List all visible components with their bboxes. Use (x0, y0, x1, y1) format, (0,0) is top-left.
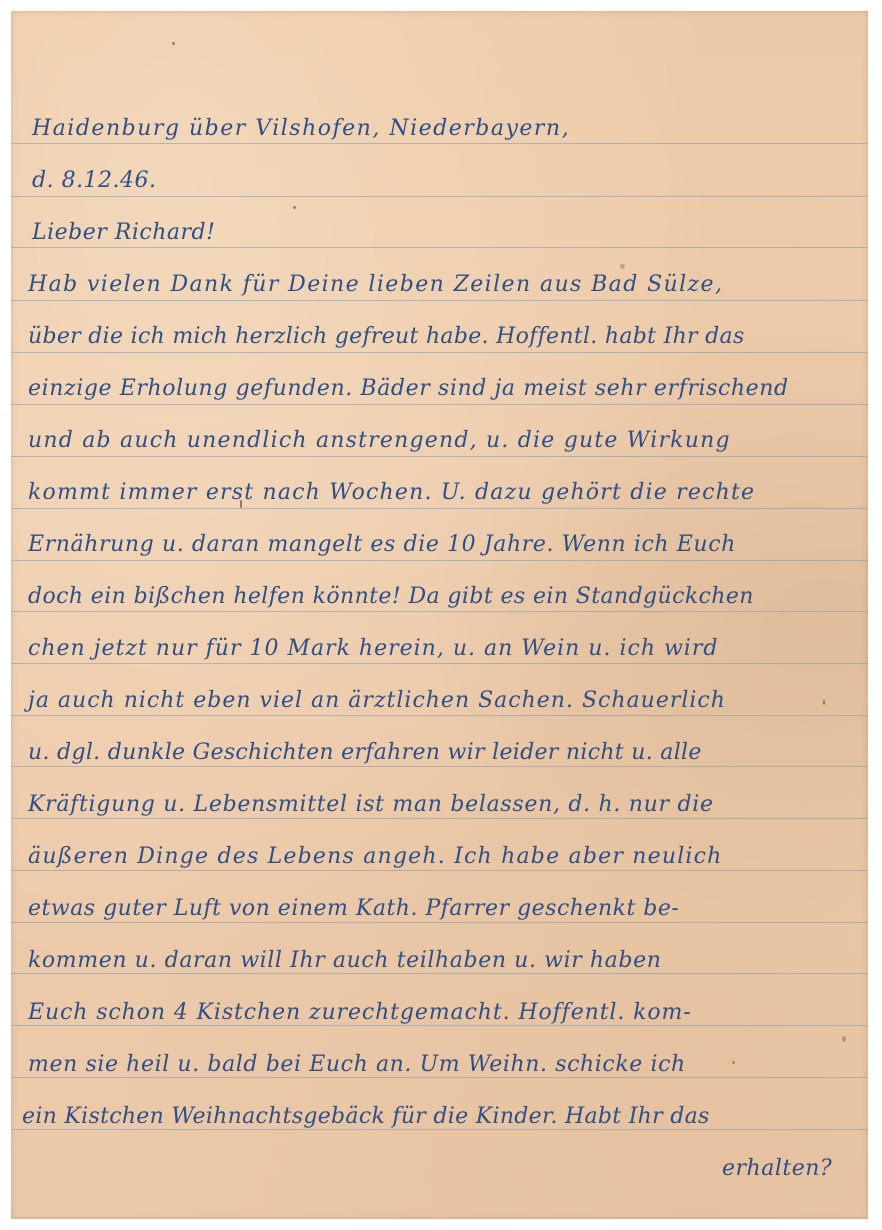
body-line: u. dgl. dunkle Geschichten erfahren wir … (28, 742, 702, 764)
ruled-line (11, 922, 868, 923)
letter-place: Haidenburg über Vilshofen, Niederbayern, (32, 118, 570, 140)
ruled-line (11, 560, 868, 561)
letter-salutation: Lieber Richard! (32, 222, 215, 244)
body-line: einzige Erholung gefunden. Bäder sind ja… (28, 378, 789, 400)
body-line: Kräftigung u. Lebensmittel ist man belas… (28, 794, 714, 816)
ruled-line (11, 247, 868, 248)
paper-speck (293, 206, 296, 209)
body-line: etwas guter Luft von einem Kath. Pfarrer… (28, 898, 679, 920)
ruled-line (11, 300, 868, 301)
ruled-line (11, 973, 868, 974)
ruled-line (11, 508, 868, 509)
body-line: Hab vielen Dank für Deine lieben Zeilen … (28, 274, 723, 296)
ruled-line (11, 715, 868, 716)
body-line: chen jetzt nur für 10 Mark herein, u. an… (28, 638, 718, 660)
body-line: und ab auch unendlich anstrengend, u. di… (28, 430, 731, 452)
body-line: Euch schon 4 Kistchen zurechtgemacht. Ho… (28, 1002, 692, 1024)
body-line: ja auch nicht eben viel an ärztlichen Sa… (28, 690, 726, 712)
paper-speck (172, 42, 175, 45)
body-line: doch ein bißchen helfen könnte! Da gibt … (28, 586, 754, 608)
ruled-line (11, 1129, 868, 1130)
body-line: Ernährung u. daran mangelt es die 10 Jah… (28, 534, 736, 556)
closing-fragment: erhalten? (722, 1158, 832, 1180)
body-line: kommen u. daran will Ihr auch teilhaben … (28, 950, 661, 972)
ruled-line (11, 352, 868, 353)
ruled-line (11, 196, 868, 197)
ruled-line (11, 404, 868, 405)
ruled-line (11, 1077, 868, 1078)
ruled-line (11, 143, 868, 144)
paper-speck (240, 500, 242, 508)
paper-speck (620, 264, 625, 269)
ruled-line (11, 456, 868, 457)
body-line: äußeren Dinge des Lebens angeh. Ich habe… (28, 846, 723, 868)
ruled-line (11, 818, 868, 819)
ruled-line (11, 1025, 868, 1026)
body-line: kommt immer erst nach Wochen. U. dazu ge… (28, 482, 755, 504)
ruled-line (11, 766, 868, 767)
paper-speck (842, 1036, 846, 1042)
paper-speck (732, 1061, 735, 1064)
ruled-line (11, 870, 868, 871)
body-line: men sie heil u. bald bei Euch an. Um Wei… (28, 1054, 686, 1076)
body-line: ein Kistchen Weihnachtsgebäck für die Ki… (22, 1106, 710, 1128)
paper-speck (823, 700, 825, 705)
ruled-line (11, 611, 868, 612)
letter-date: d. 8.12.46. (32, 170, 157, 192)
body-line: über die ich mich herzlich gefreut habe.… (28, 326, 745, 348)
ruled-line (11, 663, 868, 664)
